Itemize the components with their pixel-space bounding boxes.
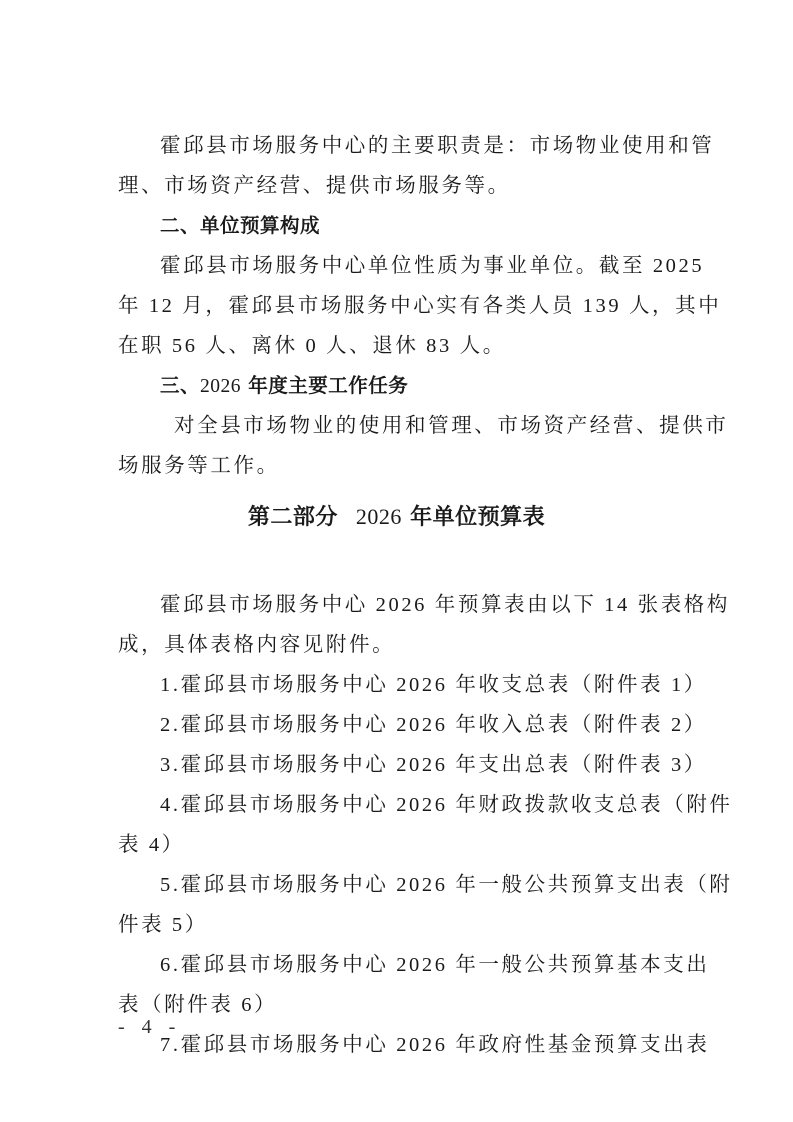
heading-main-tasks-suffix: 年度主要工作任务 — [241, 374, 408, 397]
duties-paragraph-line-1: 霍邱县市场服务中心的主要职责是：市场物业使用和管 — [118, 126, 673, 166]
document-page: 霍邱县市场服务中心的主要职责是：市场物业使用和管 理、市场资产经营、提供市场服务… — [0, 0, 793, 1122]
list-item-table-7-line-1: 7.霍邱县市场服务中心 2026 年政府性基金预算支出表 — [118, 1025, 673, 1065]
composition-paragraph-line-2: 年 12 月，霍邱县市场服务中心实有各类人员 139 人，其中 — [118, 286, 673, 326]
list-item-table-2: 2.霍邱县市场服务中心 2026 年收入总表（附件表 2） — [118, 705, 673, 745]
tasks-paragraph-line-2: 场服务等工作。 — [118, 446, 673, 486]
duties-paragraph-line-2: 理、市场资产经营、提供市场服务等。 — [118, 166, 673, 206]
section-title-suffix: 年单位预算表 — [402, 505, 545, 530]
list-item-table-5-line-2: 件表 5） — [118, 905, 673, 945]
list-item-table-4-line-1: 4.霍邱县市场服务中心 2026 年财政拨款收支总表（附件 — [118, 785, 673, 825]
heading-main-tasks: 三、2026 年度主要工作任务 — [118, 366, 673, 406]
section-title-part2: 第二部分2026 年单位预算表 — [0, 497, 793, 538]
list-item-table-4-line-2: 表 4） — [118, 825, 673, 865]
composition-paragraph-line-1: 霍邱县市场服务中心单位性质为事业单位。截至 2025 — [118, 246, 673, 286]
list-item-table-6-line-2: 表（附件表 6） — [118, 985, 673, 1025]
list-item-table-3: 3.霍邱县市场服务中心 2026 年支出总表（附件表 3） — [118, 745, 673, 785]
heading-main-tasks-prefix: 三、 — [160, 374, 200, 397]
page-number: - 4 - — [118, 1016, 181, 1039]
intro-paragraph-line-2: 成，具体表格内容见附件。 — [118, 625, 673, 665]
part1-content: 霍邱县市场服务中心的主要职责是：市场物业使用和管 理、市场资产经营、提供市场服务… — [118, 126, 673, 486]
section-title-year: 2026 — [356, 504, 402, 529]
section-title-prefix: 第二部分 — [248, 505, 338, 530]
intro-paragraph-line-1: 霍邱县市场服务中心 2026 年预算表由以下 14 张表格构 — [118, 585, 673, 625]
list-item-table-5-line-1: 5.霍邱县市场服务中心 2026 年一般公共预算支出表（附 — [118, 865, 673, 905]
tasks-paragraph-line-1: 对全县市场物业的使用和管理、市场资产经营、提供市 — [118, 406, 673, 446]
composition-paragraph-line-3: 在职 56 人、离休 0 人、退休 83 人。 — [118, 326, 673, 366]
list-item-table-6-line-1: 6.霍邱县市场服务中心 2026 年一般公共预算基本支出 — [118, 945, 673, 985]
list-item-table-1: 1.霍邱县市场服务中心 2026 年收支总表（附件表 1） — [118, 665, 673, 705]
part2-content: 霍邱县市场服务中心 2026 年预算表由以下 14 张表格构 成，具体表格内容见… — [118, 585, 673, 1065]
heading-budget-composition: 二、单位预算构成 — [118, 206, 673, 246]
heading-main-tasks-year: 2026 — [200, 376, 241, 397]
